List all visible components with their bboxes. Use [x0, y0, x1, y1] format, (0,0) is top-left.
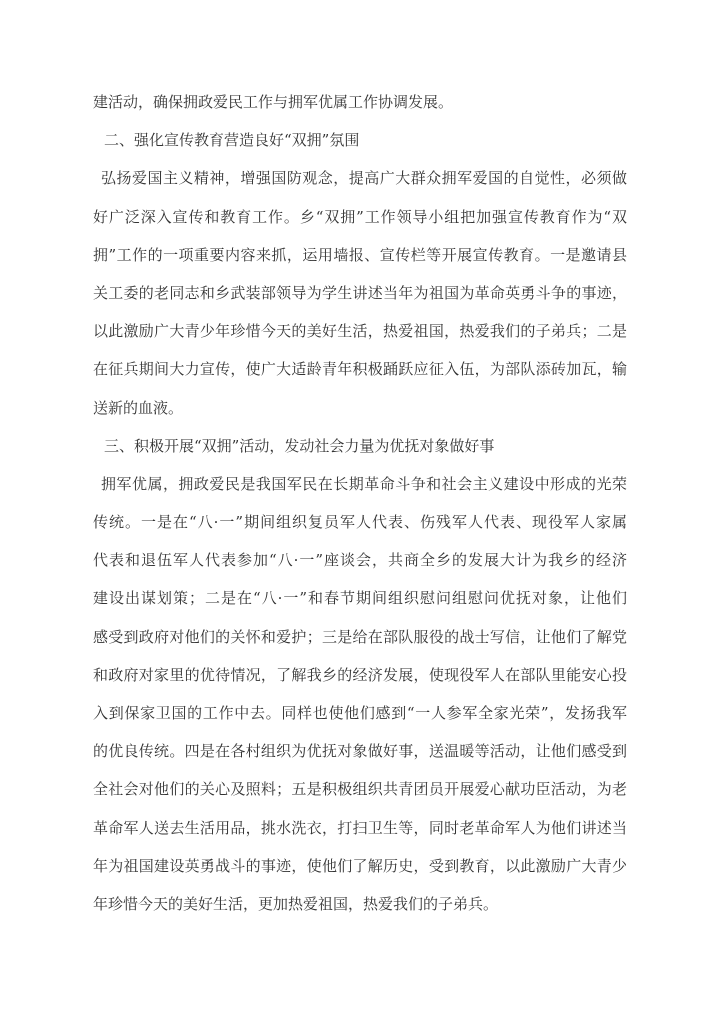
- paragraph-line: 拥军优属，拥政爱民是我国军民在长期革命斗争和社会主义建设中形成的光荣: [93, 465, 627, 503]
- paragraph-line: 全社会对他们的关心及照料；五是积极组织共青团员开展爱心献功臣活动，为老: [93, 770, 627, 808]
- document-page: 建活动，确保拥政爱民工作与拥军优属工作协调发展。二、强化宣传教育营造良好“双拥”…: [0, 0, 721, 1020]
- paragraph-line: 和政府对家里的优待情况，了解我乡的经济发展，使现役军人在部队里能安心投: [93, 656, 627, 694]
- heading-line: 二、强化宣传教育营造良好“双拥”氛围: [93, 121, 627, 159]
- paragraph-line: 拥”工作的一项重要内容来抓，运用墙报、宣传栏等开展宣传教育。一是邀请县: [93, 236, 627, 274]
- paragraph-line: 以此激励广大青少年珍惜今天的美好生活，热爱祖国，热爱我们的子弟兵；二是: [93, 312, 627, 350]
- paragraph-line: 关工委的老同志和乡武装部领导为学生讲述当年为祖国为革命英勇斗争的事迹，: [93, 274, 627, 312]
- document-body: 建活动，确保拥政爱民工作与拥军优属工作协调发展。二、强化宣传教育营造良好“双拥”…: [93, 83, 627, 923]
- paragraph-line: 弘扬爱国主义精神，增强国防观念，提高广大群众拥军爱国的自觉性，必须做: [93, 159, 627, 197]
- paragraph-line: 感受到政府对他们的关怀和爱护；三是给在部队服役的战士写信，让他们了解党: [93, 618, 627, 656]
- paragraph-line: 建活动，确保拥政爱民工作与拥军优属工作协调发展。: [93, 83, 627, 121]
- paragraph-line: 送新的血液。: [93, 389, 627, 427]
- paragraph-line: 建设出谋划策；二是在“八·一”和春节期间组织慰问组慰问优抚对象，让他们: [93, 579, 627, 617]
- heading-line: 三、积极开展“双拥”活动，发动社会力量为优抚对象做好事: [93, 427, 627, 465]
- paragraph-line: 年为祖国建设英勇战斗的事迹，使他们了解历史，受到教育，以此激励广大青少: [93, 847, 627, 885]
- paragraph-line: 年珍惜今天的美好生活，更加热爱祖国，热爱我们的子弟兵。: [93, 885, 627, 923]
- paragraph-line: 代表和退伍军人代表参加“八·一”座谈会，共商全乡的发展大计为我乡的经济: [93, 541, 627, 579]
- paragraph-line: 入到保家卫国的工作中去。同样也使他们感到“一人参军全家光荣”，发扬我军: [93, 694, 627, 732]
- paragraph-line: 在征兵期间大力宣传，使广大适龄青年积极踊跃应征入伍，为部队添砖加瓦，输: [93, 350, 627, 388]
- paragraph-line: 好广泛深入宣传和教育工作。乡“双拥”工作领导小组把加强宣传教育作为“双: [93, 198, 627, 236]
- paragraph-line: 革命军人送去生活用品，挑水洗衣，打扫卫生等，同时老革命军人为他们讲述当: [93, 809, 627, 847]
- paragraph-line: 传统。一是在“八·一”期间组织复员军人代表、伤残军人代表、现役军人家属: [93, 503, 627, 541]
- paragraph-line: 的优良传统。四是在各村组织为优抚对象做好事，送温暖等活动，让他们感受到: [93, 732, 627, 770]
